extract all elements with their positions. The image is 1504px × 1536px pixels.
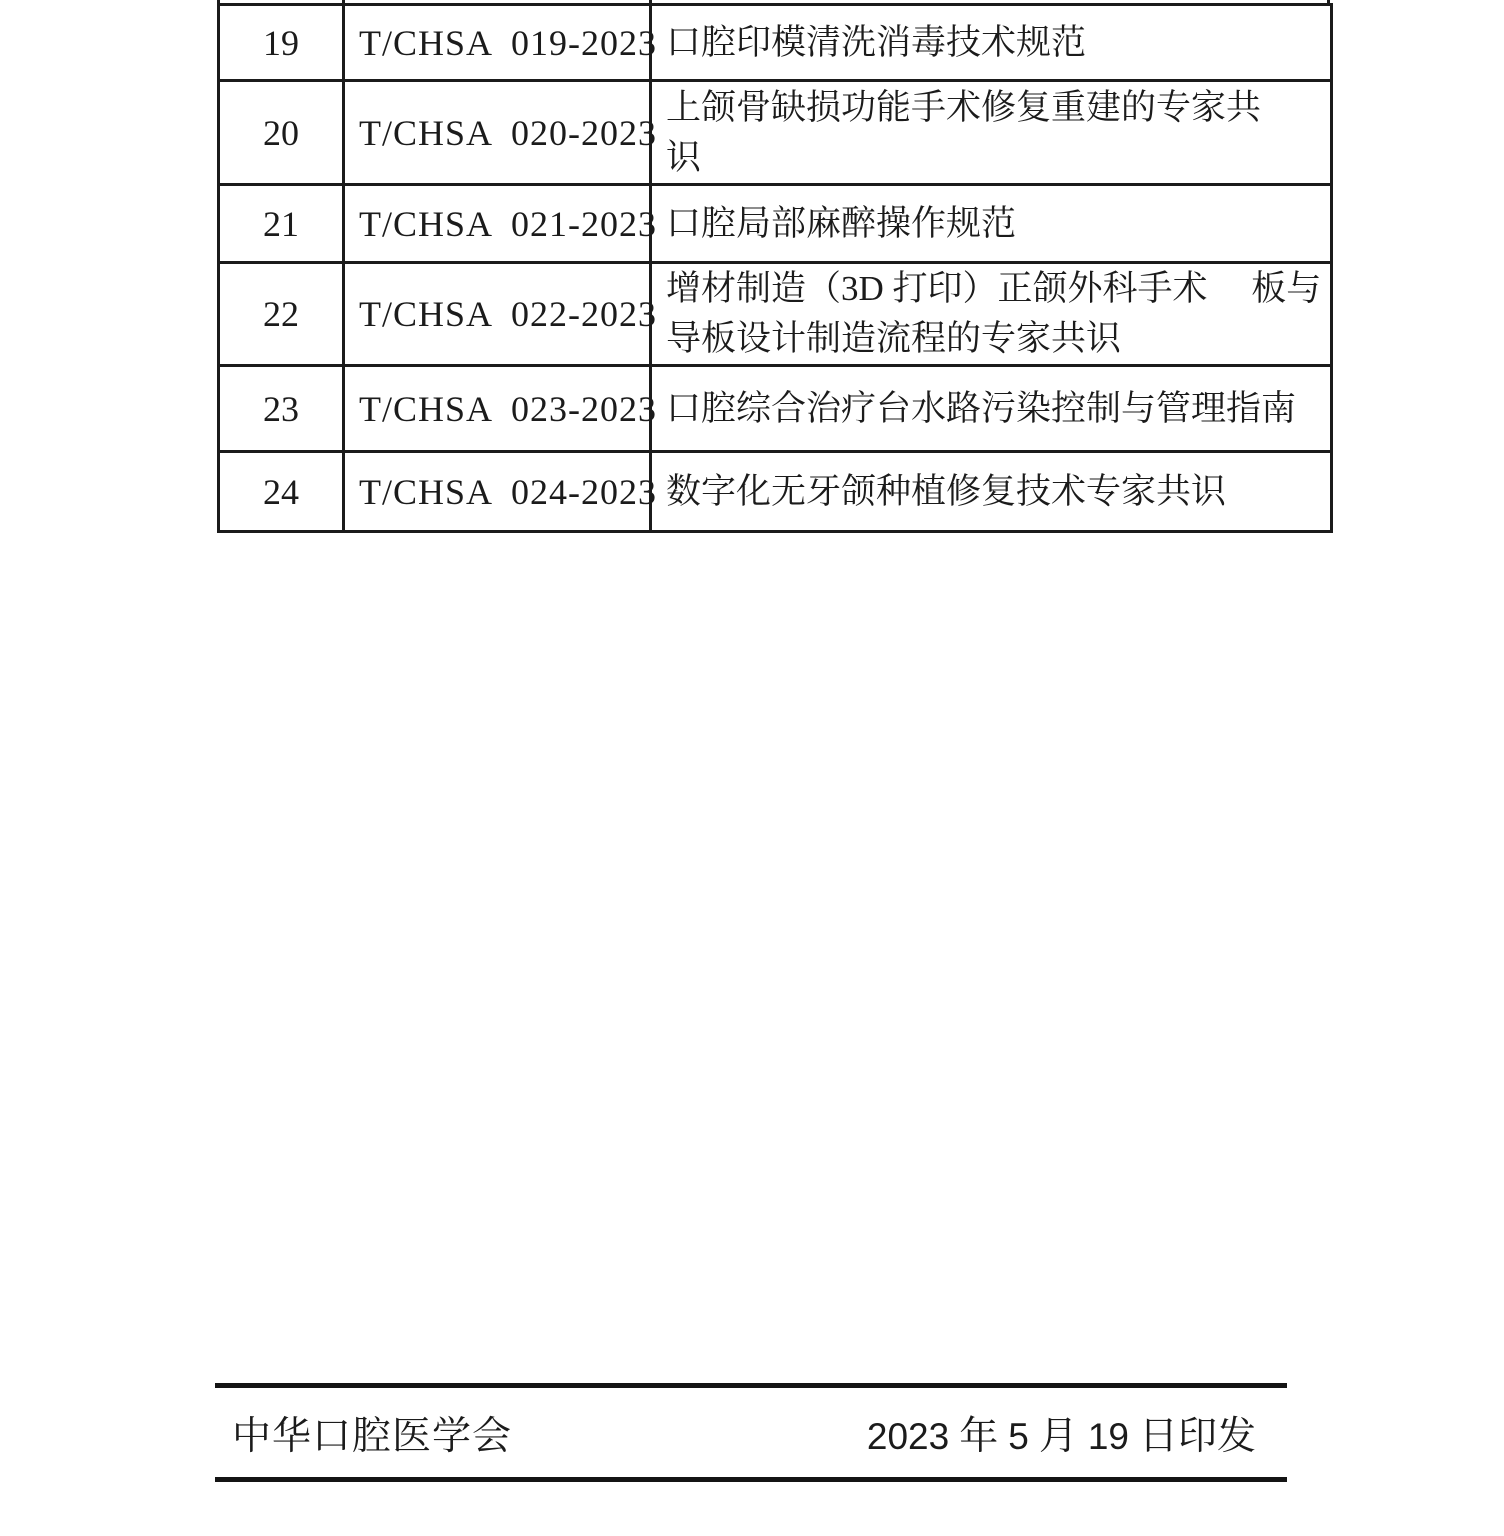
table-row: 19 T/CHSA 019-2023 口腔印模清洗消毒技术规范 <box>219 5 1332 81</box>
row-number-cell: 23 <box>219 366 344 452</box>
standard-title-cell: 口腔综合治疗台水路污染控制与管理指南 <box>651 366 1332 452</box>
footer: 中华口腔医学会 2023 年 5 月 19 日印发 <box>215 1405 1287 1461</box>
row-number-cell: 24 <box>219 452 344 532</box>
document-page: 19 T/CHSA 019-2023 口腔印模清洗消毒技术规范 20 T/CHS… <box>0 0 1504 1536</box>
footer-date-month: 5 <box>1008 1416 1029 1458</box>
row-number-cell: 22 <box>219 263 344 366</box>
footer-rule-top <box>215 1383 1287 1388</box>
footer-print-date: 2023 年 5 月 19 日印发 <box>867 1405 1256 1461</box>
footer-date-day: 19 <box>1088 1416 1129 1458</box>
table-row: 22 T/CHSA 022-2023 增材制造（3D 打印）正颌外科手术 板与 … <box>219 263 1332 366</box>
table-row: 24 T/CHSA 024-2023 数字化无牙颌种植修复技术专家共识 <box>219 452 1332 532</box>
row-number-cell: 20 <box>219 81 344 185</box>
standard-title-cell: 增材制造（3D 打印）正颌外科手术 板与 导板设计制造流程的专家共识 <box>651 263 1332 366</box>
row-number-cell: 21 <box>219 185 344 263</box>
standard-code-cell: T/CHSA 023-2023 <box>344 366 651 452</box>
standard-title-cell: 数字化无牙颌种植修复技术专家共识 <box>651 452 1332 532</box>
standard-code-cell: T/CHSA 020-2023 <box>344 81 651 185</box>
standard-code-cell: T/CHSA 024-2023 <box>344 452 651 532</box>
footer-date-year-unit: 年 <box>959 1405 998 1461</box>
footer-date-suffix: 日印发 <box>1139 1405 1256 1461</box>
footer-organization: 中华口腔医学会 <box>232 1405 512 1461</box>
standard-title-cell: 上颌骨缺损功能手术修复重建的专家共 识 <box>651 81 1332 185</box>
standard-code-cell: T/CHSA 021-2023 <box>344 185 651 263</box>
table-row: 23 T/CHSA 023-2023 口腔综合治疗台水路污染控制与管理指南 <box>219 366 1332 452</box>
standard-title-cell: 口腔局部麻醉操作规范 <box>651 185 1332 263</box>
standard-code-cell: T/CHSA 019-2023 <box>344 5 651 81</box>
footer-date-month-unit: 月 <box>1039 1405 1078 1461</box>
footer-date-year: 2023 <box>867 1416 949 1458</box>
standard-title-cell: 口腔印模清洗消毒技术规范 <box>651 5 1332 81</box>
standard-code-cell: T/CHSA 022-2023 <box>344 263 651 366</box>
footer-rule-bottom <box>215 1477 1287 1482</box>
table-row: 21 T/CHSA 021-2023 口腔局部麻醉操作规范 <box>219 185 1332 263</box>
row-number-cell: 19 <box>219 5 344 81</box>
standards-table: 19 T/CHSA 019-2023 口腔印模清洗消毒技术规范 20 T/CHS… <box>217 3 1333 533</box>
table-row: 20 T/CHSA 020-2023 上颌骨缺损功能手术修复重建的专家共 识 <box>219 81 1332 185</box>
